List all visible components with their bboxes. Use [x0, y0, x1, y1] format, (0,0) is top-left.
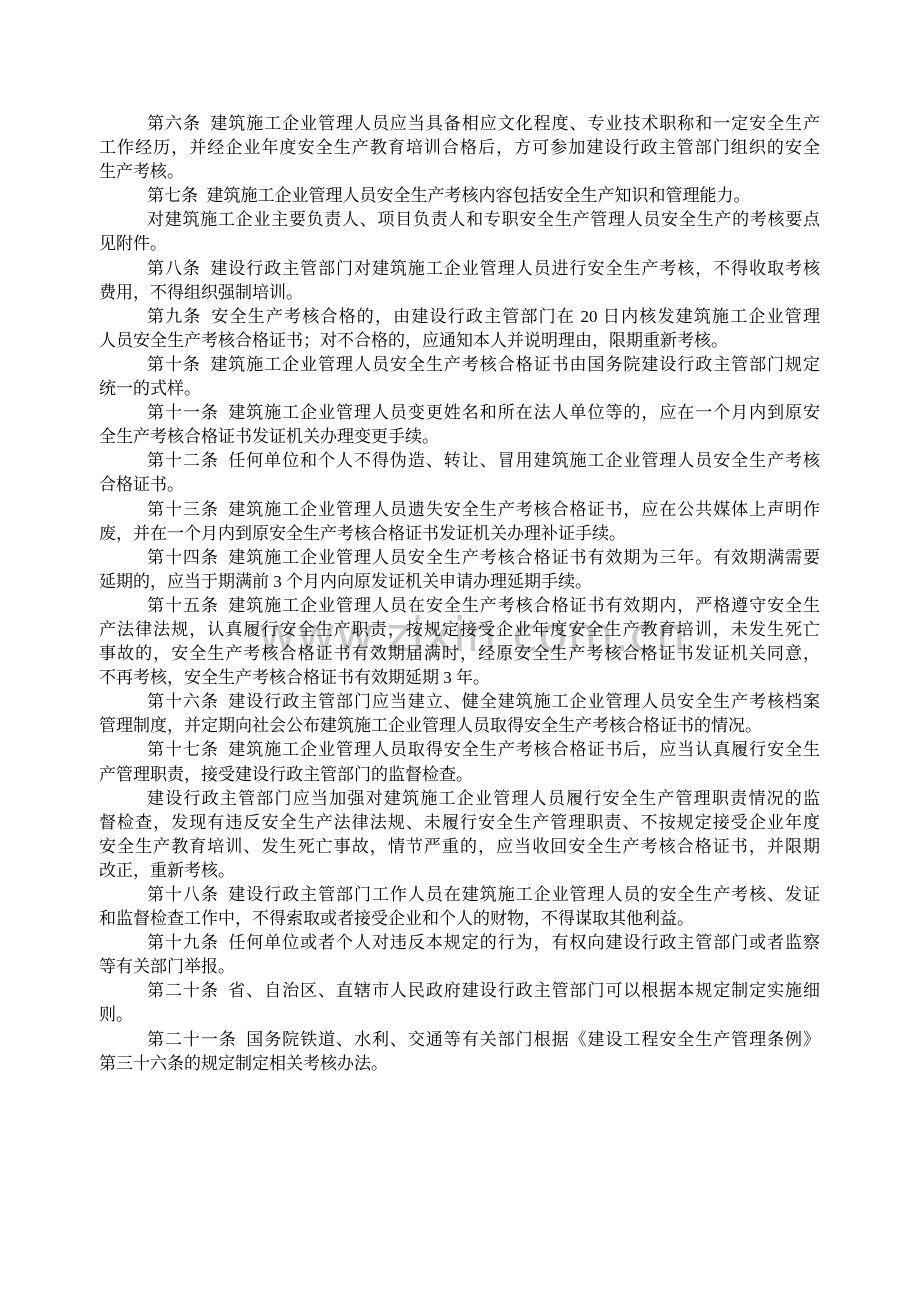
text-line: 第十九条 任何单位或者个人对违反本规定的行为，有权向建设行政主管部门或者监察: [99, 931, 820, 955]
text-line: 产法律法规，认真履行安全生产职责，按规定接受企业年度安全生产教育培训，未发生死亡: [99, 618, 820, 642]
text-line: 第二十条 省、自治区、直辖市人民政府建设行政主管部门可以根据本规定制定实施细: [99, 979, 820, 1003]
text-line: 第十条 建筑施工企业管理人员安全生产考核合格证书由国务院建设行政主管部门规定: [99, 353, 820, 377]
text-line: 不再考核，安全生产考核合格证书有效期延期 3 年。: [99, 666, 820, 690]
text-line: 第十七条 建筑施工企业管理人员取得安全生产考核合格证书后，应当认真履行安全生: [99, 738, 820, 762]
text-line: 延期的，应当于期满前 3 个月内向原发证机关申请办理延期手续。: [99, 570, 820, 594]
text-line: 等有关部门举报。: [99, 955, 820, 979]
text-line: 废，并在一个月内到原安全生产考核合格证书发证机关办理补证手续。: [99, 522, 820, 546]
text-line: 统一的式样。: [99, 377, 820, 401]
text-line: 第十八条 建设行政主管部门工作人员在建筑施工企业管理人员的安全生产考核、发证: [99, 883, 820, 907]
text-line: 第十一条 建筑施工企业管理人员变更姓名和所在法人单位等的，应在一个月内到原安: [99, 401, 820, 425]
text-line: 则。: [99, 1003, 820, 1027]
text-line: 第十三条 建筑施工企业管理人员遗失安全生产考核合格证书，应在公共媒体上声明作: [99, 498, 820, 522]
text-line: 第七条 建筑施工企业管理人员安全生产考核内容包括安全生产知识和管理能力。: [99, 184, 820, 208]
text-line: 建设行政主管部门应当加强对建筑施工企业管理人员履行安全生产管理职责情况的监: [99, 787, 820, 811]
text-line: 第十二条 任何单位和个人不得伪造、转让、冒用建筑施工企业管理人员安全生产考核: [99, 449, 820, 473]
text-line: 工作经历，并经企业年度安全生产教育培训合格后，方可参加建设行政主管部门组织的安全: [99, 136, 820, 160]
text-line: 合格证书。: [99, 473, 820, 497]
text-line: 费用，不得组织强制培训。: [99, 281, 820, 305]
text-line: 第十四条 建筑施工企业管理人员安全生产考核合格证书有效期为三年。有效期满需要: [99, 546, 820, 570]
text-line: 第十五条 建筑施工企业管理人员在安全生产考核合格证书有效期内，严格遵守安全生: [99, 594, 820, 618]
text-line: 事故的，安全生产考核合格证书有效期届满时，经原安全生产考核合格证书发证机关同意，: [99, 642, 820, 666]
text-line: 第二十一条 国务院铁道、水利、交通等有关部门根据《建设工程安全生产管理条例》: [99, 1028, 820, 1052]
text-line: 第十六条 建设行政主管部门应当建立、健全建筑施工企业管理人员安全生产考核档案: [99, 690, 820, 714]
document-body: 第六条 建筑施工企业管理人员应当具备相应文化程度、专业技术职称和一定安全生产工作…: [99, 112, 820, 1076]
text-line: 第三十六条的规定制定相关考核办法。: [99, 1052, 820, 1076]
text-line: 产管理职责，接受建设行政主管部门的监督检查。: [99, 763, 820, 787]
text-line: 人员安全生产考核合格证书；对不合格的，应通知本人并说明理由，限期重新考核。: [99, 329, 820, 353]
text-line: 全生产考核合格证书发证机关办理变更手续。: [99, 425, 820, 449]
text-line: 第九条 安全生产考核合格的，由建设行政主管部门在 20 日内核发建筑施工企业管理: [99, 305, 820, 329]
text-line: 管理制度，并定期向社会公布建筑施工企业管理人员取得安全生产考核合格证书的情况。: [99, 714, 820, 738]
text-line: 第八条 建设行政主管部门对建筑施工企业管理人员进行安全生产考核，不得收取考核: [99, 257, 820, 281]
text-line: 改正，重新考核。: [99, 859, 820, 883]
text-line: 生产考核。: [99, 160, 820, 184]
text-line: 安全生产教育培训、发生死亡事故，情节严重的，应当收回安全生产考核合格证书，并限期: [99, 835, 820, 859]
document-page: www.zixin.com.cn 第六条 建筑施工企业管理人员应当具备相应文化程…: [0, 0, 920, 1302]
text-line: 督检查，发现有违反安全生产法律法规、未履行安全生产管理职责、不按规定接受企业年度: [99, 811, 820, 835]
text-line: 第六条 建筑施工企业管理人员应当具备相应文化程度、专业技术职称和一定安全生产: [99, 112, 820, 136]
text-line: 见附件。: [99, 232, 820, 256]
text-line: 对建筑施工企业主要负责人、项目负责人和专职安全生产管理人员安全生产的考核要点: [99, 208, 820, 232]
text-line: 和监督检查工作中，不得索取或者接受企业和个人的财物，不得谋取其他利益。: [99, 907, 820, 931]
